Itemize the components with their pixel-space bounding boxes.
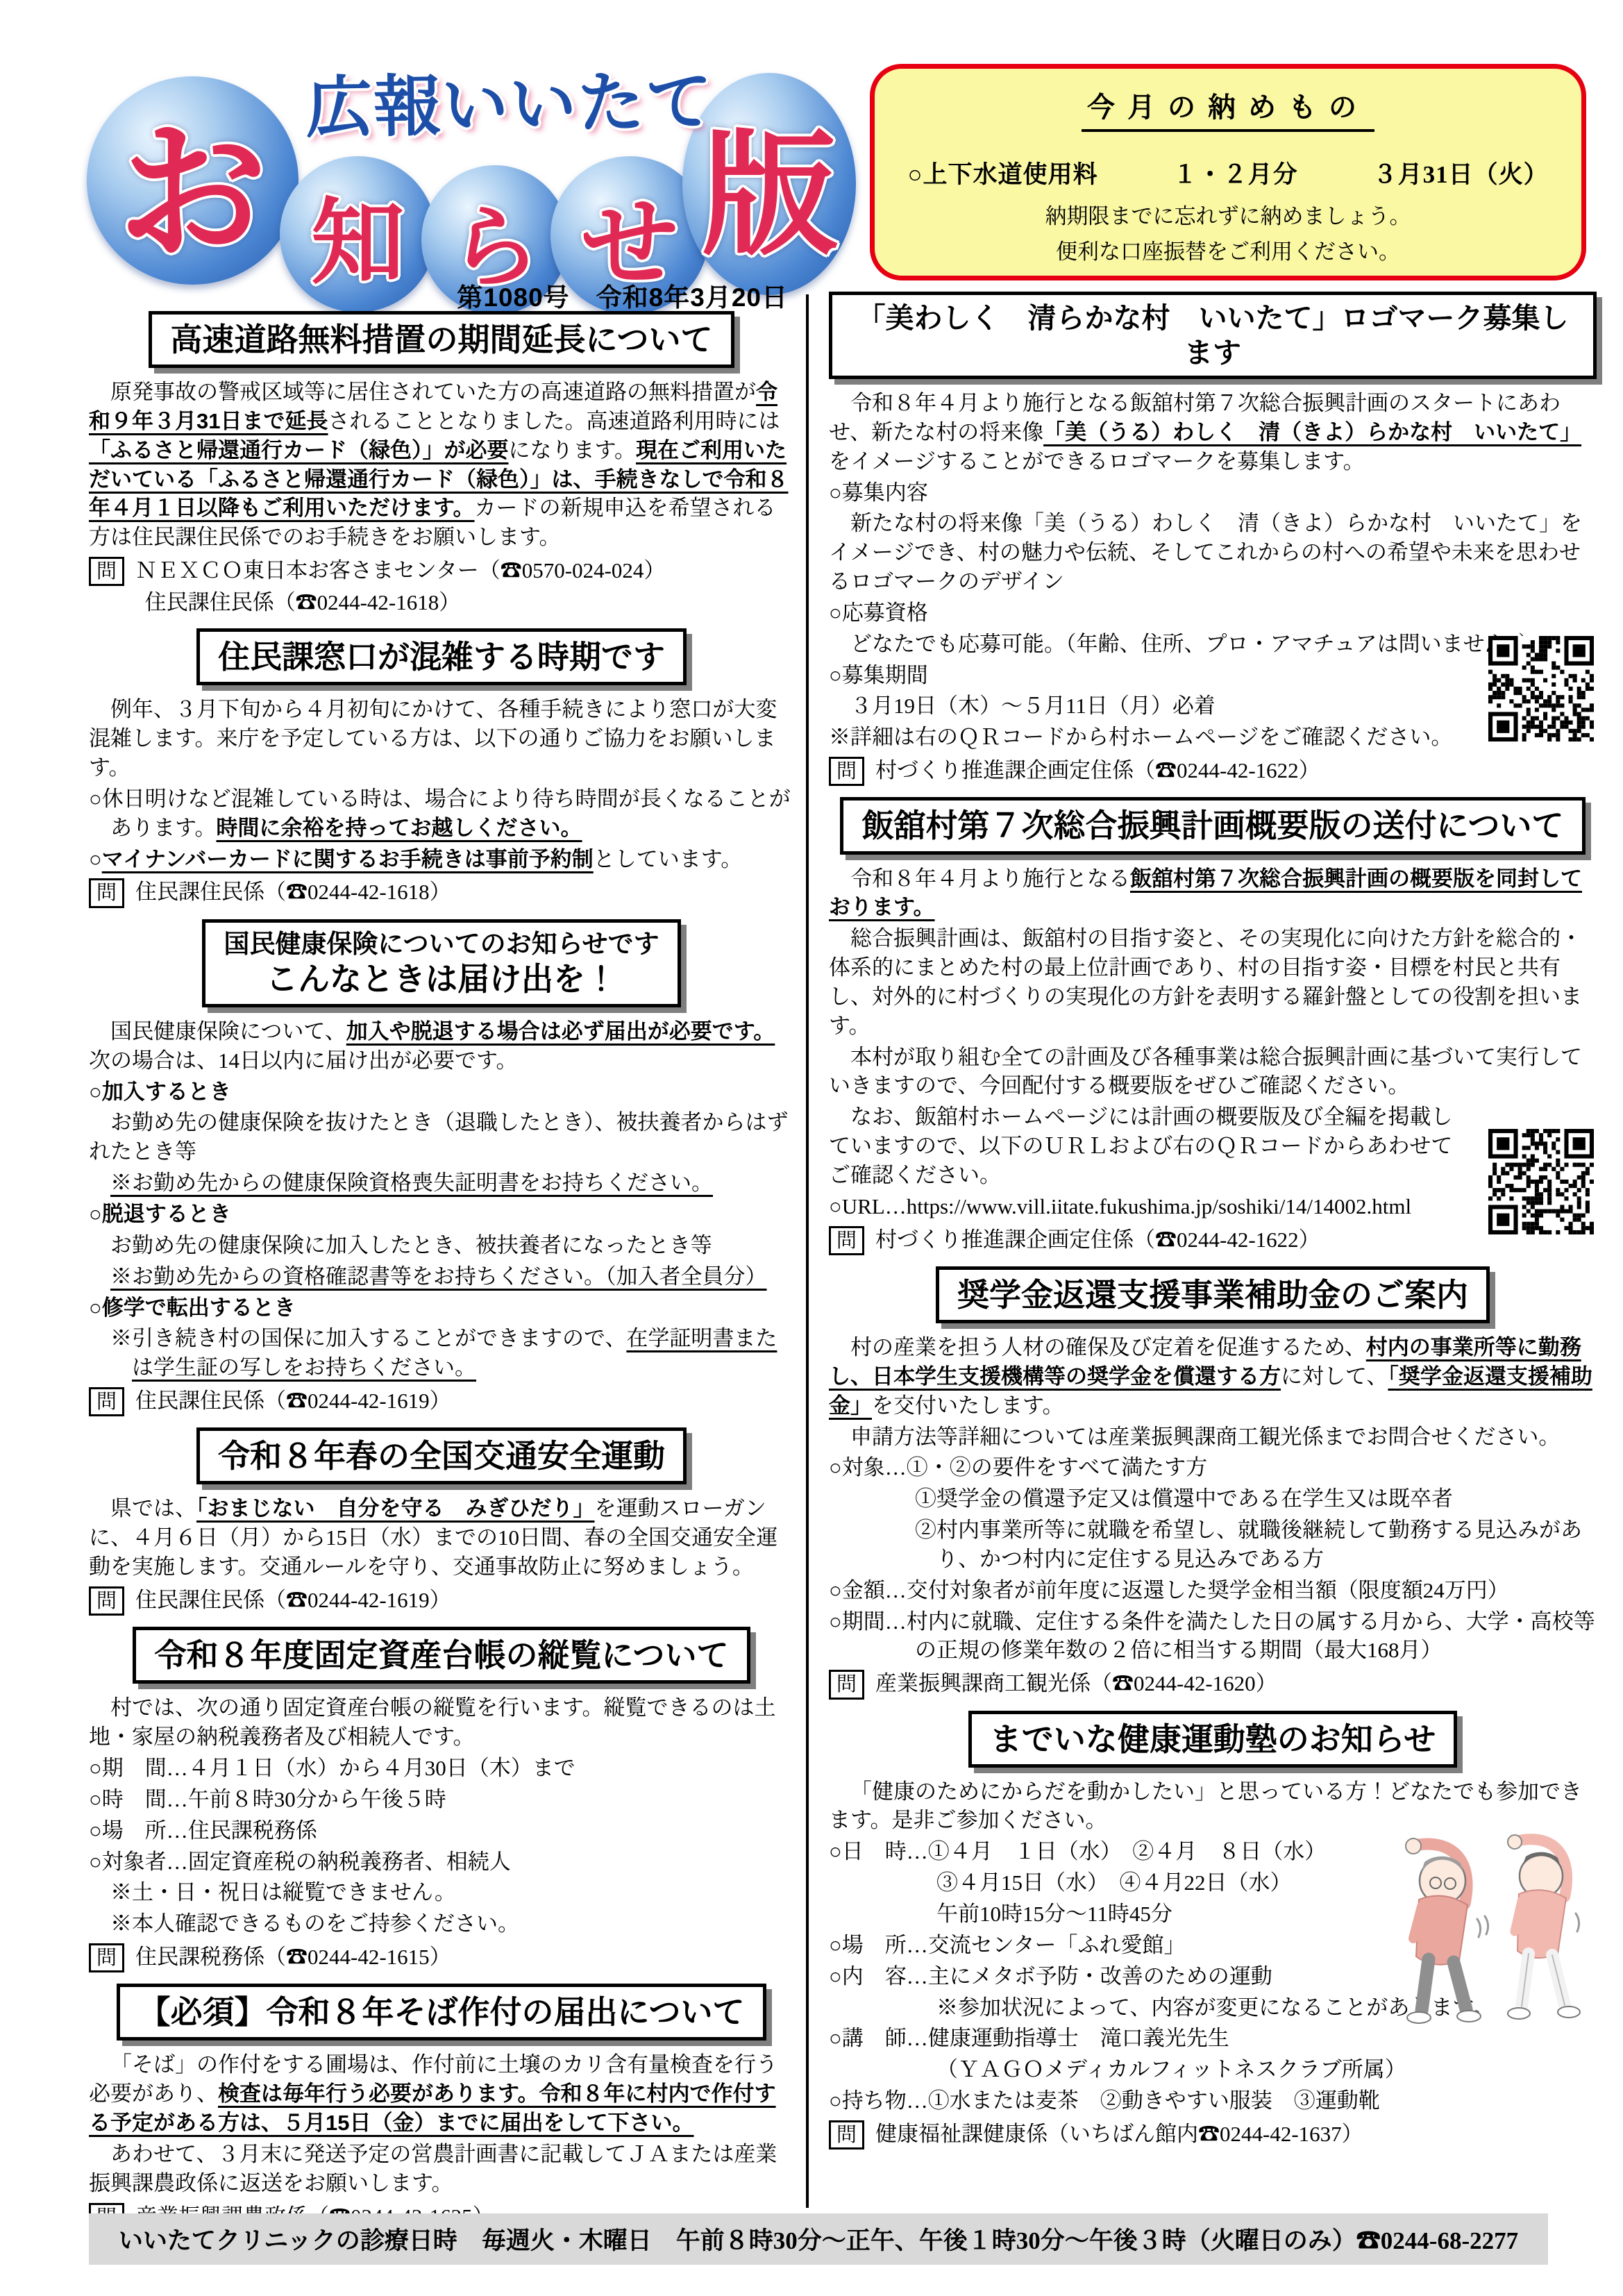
article-paragraph: 村では、次の通り固定資産台帳の縦覧を行います。縦覧できるのは土地・家屋の納税義務…	[89, 1693, 794, 1752]
column-divider	[806, 294, 809, 2208]
inquiry-line: 問産業振興課商工観光係（☎0244-42-1620）	[829, 1669, 1597, 1699]
article-paragraph: ②村内事業所等に就職を希望し、就職後継続して勤務する見込みがあり、かつ村内に定住…	[829, 1516, 1597, 1574]
qr-code	[1488, 1129, 1594, 1234]
logo-char: お	[118, 74, 267, 287]
logo-char: 版	[702, 87, 837, 281]
right-column: 「美わしく 清らかな村 いいたて」ロゴマーク募集します令和８年４月より施行となる…	[829, 292, 1597, 2161]
logo-masthead-text: 広報いいたて	[305, 49, 714, 151]
monthly-payment-row: ○上下水道使用料 １・２月分 ３月31日（火）	[875, 156, 1581, 190]
article-paragraph: ※お勤め先からの健康保険資格喪失証明書をお持ちください。	[89, 1168, 794, 1198]
inquiry-box-label: 問	[89, 1586, 124, 1616]
article-paragraph: ※お勤め先からの資格確認書等をお持ちください。（加入者全員分）	[89, 1262, 794, 1291]
article-paragraph: ○募集内容	[829, 478, 1597, 508]
inquiry-box-label: 問	[829, 1226, 864, 1255]
article-paragraph: ○応募資格	[829, 598, 1597, 628]
article-paragraph: ○URL…https://www.vill.iitate.fukushima.j…	[829, 1192, 1597, 1221]
left-column: 高速道路無料措置の期間延長について原発事故の警戒区域等に居住されていた方の高速道…	[89, 311, 794, 2243]
article-paragraph: ※詳細は右のＱＲコードから村ホームページをご確認ください。	[829, 723, 1597, 752]
monthly-payment-box: 今月の納めもの ○上下水道使用料 １・２月分 ３月31日（火） 納期限までに忘れ…	[870, 64, 1586, 280]
clinic-hours-footer: いいたてクリニックの診療日時 毎週火・木曜日 午前８時30分～正午、午後１時30…	[89, 2213, 1548, 2265]
inquiry-box-label: 問	[89, 1387, 124, 1416]
article-shinko-keikaku: 飯舘村第７次総合振興計画概要版の送付について令和８年４月より施行となる飯舘村第７…	[829, 797, 1597, 1255]
article-paragraph: ○時 間…午前８時30分から午後５時	[89, 1785, 794, 1814]
article-kotei-shisan: 令和８年度固定資産台帳の縦覧について村では、次の通り固定資産台帳の縦覧を行います…	[89, 1627, 794, 1972]
article-title: 住民課窓口が混雑する時期です	[196, 628, 687, 685]
inquiry-box-label: 問	[829, 1670, 864, 1699]
article-kotsu-anzen: 令和８年春の全国交通安全運動県では、「おまじない 自分を守る みぎひだり」を運動…	[89, 1427, 794, 1616]
article-paragraph: ○加入するとき	[89, 1078, 794, 1107]
article-kosoku: 高速道路無料措置の期間延長について原発事故の警戒区域等に居住されていた方の高速道…	[89, 311, 794, 617]
inquiry-line: 問健康福祉課健康係（いちばん館内☎0244-42-1637）	[829, 2120, 1597, 2150]
article-paragraph: どなたでも応募可能。（年齢、住所、プロ・アマチュアは問いません。）	[829, 630, 1597, 659]
article-paragraph: お勤め先の健康保険を抜けたとき（退職したとき）、被扶養者からはずれたとき等	[89, 1108, 794, 1166]
article-paragraph: あわせて、３月末に発送予定の営農計画書に記載してＪＡまたは産業振興課農政係に返送…	[89, 2140, 794, 2198]
newsletter-page: { "labels": { "inquiry": "問" }, "colors"…	[0, 0, 1623, 2296]
article-paragraph: （ＹＡＧＯメディカルフィットネスクラブ所属）	[829, 2055, 1597, 2084]
article-kokuho: 国民健康保険についてのお知らせですこんなときは届け出を！国民健康保険について、加…	[89, 919, 794, 1417]
article-paragraph: ○マイナンバーカードに関するお手続きは事前予約制としています。	[89, 845, 794, 874]
article-title: 奨学金返還支援事業補助金のご案内	[936, 1266, 1490, 1323]
article-paragraph: ○期 間…４月１日（水）から４月30日（木）まで	[89, 1754, 794, 1783]
article-paragraph: ○金額…交付対象者が前年度に返還した奨学金相当額（限度額24万円）	[829, 1576, 1597, 1605]
article-title: 国民健康保険についてのお知らせですこんなときは届け出を！	[202, 919, 680, 1007]
monthly-payment-title: 今月の納めもの	[1082, 85, 1374, 132]
article-paragraph: 総合振興計画は、飯舘村の目指す姿と、その実現化に向けた方針を総合的・体系的にまと…	[829, 924, 1597, 1040]
article-title: 令和８年度固定資産台帳の縦覧について	[133, 1627, 750, 1684]
article-kenko-undo: までいな健康運動塾のお知らせ「健康のためにからだを動かしたい」と思っている方！ど…	[829, 1711, 1597, 2150]
article-paragraph: なお、飯舘村ホームページには計画の概要版及び全編を掲載していますので、以下のＵＲ…	[829, 1103, 1597, 1190]
monthly-payment-note: 納期限までに忘れずに納めましょう。	[875, 199, 1581, 230]
article-paragraph: 令和８年４月より施行となる飯舘村第７次総合振興計画のスタートにあわせ、新たな村の…	[829, 389, 1597, 476]
inquiry-line: 問住民課税務係（☎0244-42-1615）	[89, 1943, 794, 1972]
article-paragraph: 原発事故の警戒区域等に居住されていた方の高速道路の無料措置が令和９年３月31日ま…	[89, 378, 794, 552]
article-paragraph: ※土・日・祝日は縦覧できません。	[89, 1878, 794, 1907]
issue-number-line: 第1080号 令和8年3月20日	[361, 276, 788, 314]
article-paragraph: ①奨学金の償還予定又は償還中である在学生又は既卒者	[829, 1484, 1597, 1514]
monthly-payment-note: 便利な口座振替をご利用ください。	[875, 234, 1581, 265]
article-paragraph: ３月19日（木）～５月11日（月）必着	[829, 692, 1597, 721]
article-paragraph: ○対象者…固定資産税の納税義務者、相続人	[89, 1847, 794, 1877]
article-shogakukin: 奨学金返還支援事業補助金のご案内村の産業を担う人材の確保及び定着を促進するため、…	[829, 1266, 1597, 1700]
inquiry-line: 問住民課住民係（☎0244-42-1619）	[89, 1586, 794, 1616]
article-paragraph: ※引き続き村の国保に加入することができますので、在学証明書または学生証の写しをお…	[89, 1324, 794, 1382]
inquiry-line: 問ＮＥＸＣＯ東日本お客さまセンター（☎0570-024-024）	[89, 556, 794, 586]
article-title: 高速道路無料措置の期間延長について	[149, 311, 734, 368]
article-paragraph: ○修学で転出するとき	[89, 1293, 794, 1323]
qr-code	[1488, 636, 1594, 741]
article-paragraph: 本村が取り組む全ての計画及び各種事業は総合振興計画に基づいて実行していきますので…	[829, 1043, 1597, 1101]
inquiry-box-label: 問	[89, 557, 124, 586]
article-paragraph: ○場 所…住民課税務係	[89, 1816, 794, 1845]
inquiry-line: 問住民課住民係（☎0244-42-1619）	[89, 1386, 794, 1416]
inquiry-box-label: 問	[89, 1943, 124, 1972]
article-paragraph: ○対象…①・②の要件をすべて満たす方	[829, 1453, 1597, 1482]
article-madoguchi: 住民課窓口が混雑する時期です例年、３月下旬から４月初旬にかけて、各種手続きにより…	[89, 628, 794, 907]
article-paragraph: 令和８年４月より施行となる飯舘村第７次総合振興計画の概要版を同封しております。	[829, 864, 1597, 923]
article-title: 令和８年春の全国交通安全運動	[196, 1427, 687, 1484]
article-paragraph: ○期間…村内に就職、定住する条件を満たした日の属する月から、大学・高校等の正規の…	[829, 1607, 1597, 1666]
article-paragraph: ○休日明けなど混雑している時は、場合により待ち時間が長くなることがあります。時間…	[89, 785, 794, 843]
newsletter-logo: お 知 ら せ 版 広報いいたて	[87, 35, 857, 278]
article-title: までいな健康運動塾のお知らせ	[968, 1711, 1458, 1768]
inquiry-box-label: 問	[829, 757, 864, 786]
article-paragraph: 申請方法等詳細については産業振興課商工観光係までお問合せください。	[829, 1423, 1597, 1452]
article-title: 「美わしく 清らかな村 いいたて」ロゴマーク募集します	[829, 292, 1597, 379]
article-paragraph: 国民健康保険について、加入や脱退する場合は必ず届出が必要です。次の場合は、14日…	[89, 1017, 794, 1075]
inquiry-box-label: 問	[89, 878, 124, 907]
article-paragraph: 「そば」の作付をする圃場は、作付前に土壌のカリ含有量検査を行う必要があり、検査は…	[89, 2050, 794, 2138]
inquiry-line: 問村づくり推進課企画定住係（☎0244-42-1622）	[829, 756, 1597, 786]
inquiry-line: 問住民課住民係（☎0244-42-1618）	[89, 878, 794, 907]
article-paragraph: お勤め先の健康保険に加入したとき、被扶養者になったとき等	[89, 1231, 794, 1260]
article-title: 【必須】令和８年そば作付の届出について	[117, 1984, 766, 2041]
article-paragraph: 村の産業を担う人材の確保及び定着を促進するため、村内の事業所等に勤務し、日本学生…	[829, 1333, 1597, 1421]
article-paragraph: ※本人確認できるものをご持参ください。	[89, 1909, 794, 1938]
article-paragraph: ○脱退するとき	[89, 1200, 794, 1229]
article-paragraph: 新たな村の将来像「美（うる）わしく 清（きよ）らかな村 いいたて」をイメージでき…	[829, 509, 1597, 596]
logo-oval-o: お	[87, 76, 298, 285]
exercise-illustration	[1383, 1815, 1591, 2034]
article-paragraph: 県では、「おまじない 自分を守る みぎひだり」を運動スローガンに、４月６日（月）…	[89, 1494, 794, 1582]
article-title: 飯舘村第７次総合振興計画概要版の送付について	[840, 797, 1585, 854]
article-paragraph: ○持ち物…①水または麦茶 ②動きやすい服装 ③運動靴	[829, 2086, 1597, 2115]
article-logo-boshu: 「美わしく 清らかな村 いいたて」ロゴマーク募集します令和８年４月より施行となる…	[829, 292, 1597, 786]
inquiry-line: 問村づくり推進課企画定住係（☎0244-42-1622）	[829, 1225, 1597, 1255]
article-paragraph: 住民課住民係（☎0244-42-1618）	[89, 588, 794, 617]
article-soba: 【必須】令和８年そば作付の届出について「そば」の作付をする圃場は、作付前に土壌の…	[89, 1984, 794, 2232]
inquiry-box-label: 問	[829, 2120, 864, 2150]
article-paragraph: 例年、３月下旬から４月初旬にかけて、各種手続きにより窓口が大変混雑します。来庁を…	[89, 695, 794, 782]
article-paragraph: ○募集期間	[829, 661, 1597, 690]
